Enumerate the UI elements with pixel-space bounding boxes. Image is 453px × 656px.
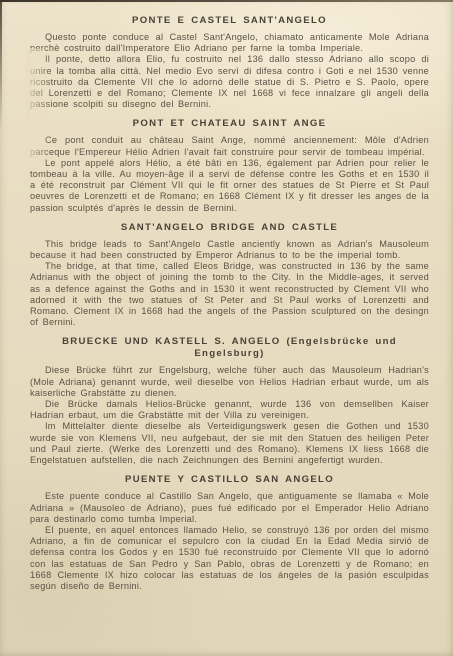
section-english: SANT'ANGELO BRIDGE AND CASTLE This bridg… bbox=[30, 222, 429, 329]
heading-german: BRUECKE UND KASTELL S. ANGELO (Engelsbrü… bbox=[30, 336, 429, 360]
paragraph-english-2: The bridge, at that time, called Eleos B… bbox=[30, 261, 429, 328]
paragraph-german-3: Im Mittelalter diente dieselbe als Verte… bbox=[30, 421, 429, 466]
paragraph-french-1: Ce pont conduit au château Saint Ange, n… bbox=[30, 135, 429, 157]
paragraph-french-2: Le pont appelé alors Hélio, a été bâti e… bbox=[30, 158, 429, 214]
section-german: BRUECKE UND KASTELL S. ANGELO (Engelsbrü… bbox=[30, 336, 429, 466]
paragraph-spanish-1: Este puente conduce al Castillo San Ange… bbox=[30, 491, 429, 525]
heading-italian: PONTE E CASTEL SANT'ANGELO bbox=[30, 15, 429, 27]
section-italian: PONTE E CASTEL SANT'ANGELO Questo ponte … bbox=[30, 15, 429, 110]
section-spanish: PUENTE Y CASTILLO SAN ANGELO Este puente… bbox=[30, 474, 429, 592]
page-content: PONTE E CASTEL SANT'ANGELO Questo ponte … bbox=[0, 0, 453, 656]
paragraph-german-2: Die Brücke damals Helios-Brücke genannt,… bbox=[30, 399, 429, 421]
scanned-page: PONTE E CASTEL SANT'ANGELO Questo ponte … bbox=[0, 0, 453, 656]
paragraph-german-1: Diese Brücke führt zur Engelsburg, welch… bbox=[30, 365, 429, 399]
paragraph-italian-2: Il ponte, detto allora Elio, fu costruit… bbox=[30, 54, 429, 110]
heading-english: SANT'ANGELO BRIDGE AND CASTLE bbox=[30, 222, 429, 234]
section-french: PONT ET CHATEAU SAINT ANGE Ce pont condu… bbox=[30, 118, 429, 213]
paragraph-spanish-2: El puente, en aquel entonces llamado Hel… bbox=[30, 525, 429, 592]
paragraph-italian-1: Questo ponte conduce al Castel Sant'Ange… bbox=[30, 32, 429, 54]
heading-french: PONT ET CHATEAU SAINT ANGE bbox=[30, 118, 429, 130]
paragraph-english-1: This bridge leads to Sant'Angelo Castle … bbox=[30, 239, 429, 261]
heading-spanish: PUENTE Y CASTILLO SAN ANGELO bbox=[30, 474, 429, 486]
